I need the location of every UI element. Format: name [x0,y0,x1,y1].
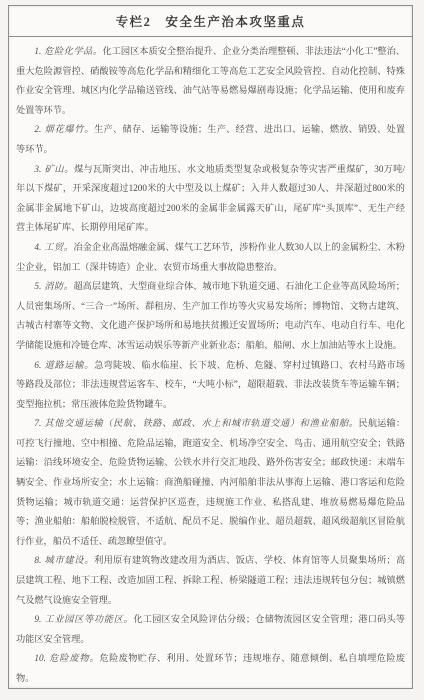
item-body: 化工园区本质安全整治提升、企业分类治理整顿、非法违法“小化工”整治、重大危险源管… [16,46,405,115]
item-number: 8. [34,555,41,565]
item-paragraph: 6.道路运输。急弯陡坡、临水临崖、长下坡、危桥、危隧、穿村过镇路口、农村马路市场… [16,356,405,415]
item-paragraph: 3.矿山。煤与瓦斯突出、冲击地压、水文地质类型复杂或极复杂等灾害严重煤矿，30万… [16,160,405,238]
item-body: 煤与瓦斯突出、冲击地压、水文地质类型复杂或极复杂等灾害严重煤矿，30万吨/年以下… [16,164,405,233]
item-lead: 工贸。 [44,242,73,252]
item-paragraph: 9.工业园区等功能区。化工园区安全风险评估分级；仓储物流园区安全管理；港口码头等… [16,610,405,649]
item-lead: 消防。 [44,281,73,291]
item-paragraph: 1.危险化学品。化工园区本质安全整治提升、企业分类治理整顿、非法违法“小化工”整… [16,42,405,120]
item-lead: 矿山。 [44,164,74,174]
item-lead: 危险化学品。 [44,46,102,56]
panel-title: 专栏2 安全生产治本攻坚重点 [9,6,412,37]
item-paragraph: 5.消防。超高层建筑、大型商业综合体、城市地下轨道交通、石油化工企业等高风险场所… [16,277,405,355]
item-number: 9. [34,614,41,624]
item-number: 10. [34,653,45,663]
item-lead: 道路运输。 [44,360,94,370]
panel-body: 1.危险化学品。化工园区本质安全整治提升、企业分类治理整顿、非法违法“小化工”整… [9,37,412,689]
item-number: 4. [34,242,41,252]
item-paragraph: 7.其他交通运输（民航、铁路、邮政、水上和城市轨道交通）和渔业船舶。民航运输：可… [16,414,405,551]
item-number: 7. [34,418,41,428]
item-body: 超高层建筑、大型商业综合体、城市地下轨道交通、石油化工企业等高风险场所；人员密集… [16,281,405,350]
item-paragraph: 2.烟花爆竹。生产、储存、运输等设施；生产、经营、进出口、运输、燃放、销毁、处置… [16,120,405,159]
item-lead: 其他交通运输（民航、铁路、邮政、水上和城市轨道交通）和渔业船舶。 [44,418,358,428]
column-panel: 专栏2 安全生产治本攻坚重点 1.危险化学品。化工园区本质安全整治提升、企业分类… [8,5,413,689]
item-body: 冶金企业高温熔融金属、煤气工艺环节，涉粉作业人数30人以上的金属粉尘、木粉尘企业… [16,242,405,272]
item-paragraph: 10.危险废物。危险废物贮存、利用、处置环节；违规堆存、随意倾倒、私自填埋危险废… [16,649,405,688]
item-number: 6. [34,360,41,370]
item-number: 3. [34,164,41,174]
item-number: 1. [34,46,41,56]
item-number: 5. [34,281,41,291]
scanned-document-page: { "panel": { "title": "专栏2 安全生产治本攻坚重点" }… [0,0,424,700]
item-paragraph: 4.工贸。冶金企业高温熔融金属、煤气工艺环节，涉粉作业人数30人以上的金属粉尘、… [16,238,405,277]
item-body: 民航运输：可控飞行撞地、空中相撞、危险品运输，跑道安全、机场净空安全、鸟击、通用… [16,418,405,546]
item-lead: 工业园区等功能区。 [44,614,133,624]
item-paragraph: 8.城市建设。利用原有建筑物改建改用为酒店、饭店、学校、体育馆等人员聚集场所；高… [16,551,405,610]
item-lead: 城市建设。 [44,555,94,565]
item-number: 2. [34,124,41,134]
item-lead: 烟花爆竹。 [44,124,94,134]
item-lead: 危险废物。 [49,653,100,663]
